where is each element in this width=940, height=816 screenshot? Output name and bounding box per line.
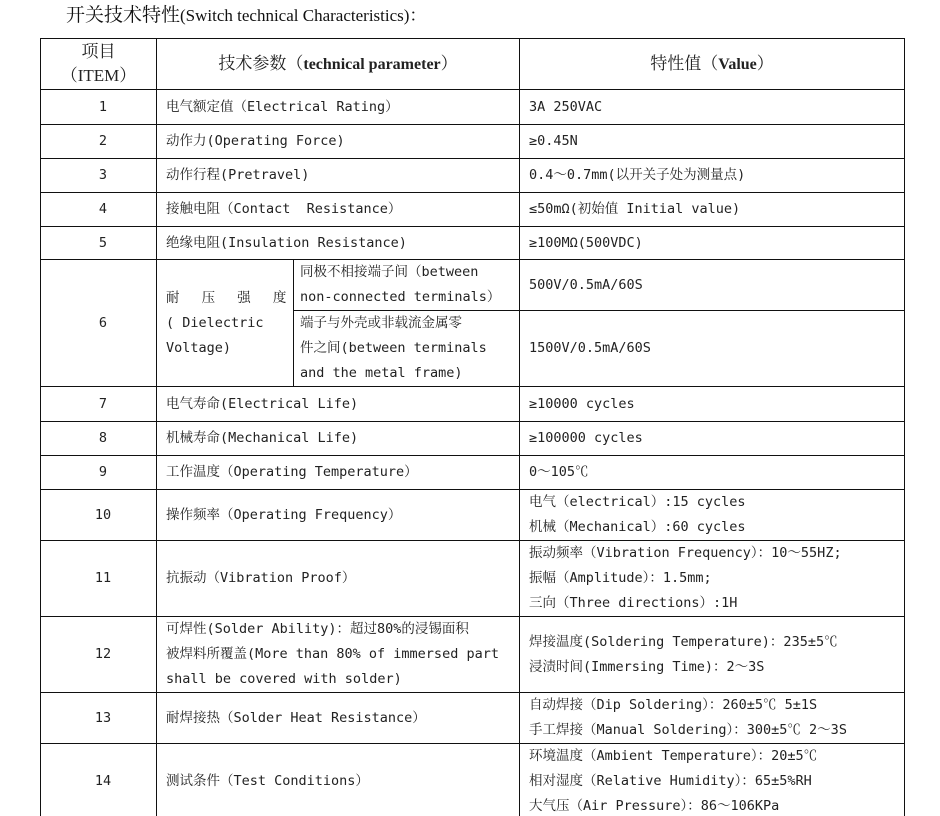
sub-parameter-cell: 同极不相接端子间（between non-connected terminals… (294, 260, 520, 311)
parameter-cell: 机械寿命(Mechanical Life) (157, 422, 520, 456)
title-en: (Switch technical Characteristics)： (180, 6, 426, 25)
value-cell: 振动频率（Vibration Frequency）：10～55HZ; 振幅（Am… (520, 541, 905, 617)
item-number: 4 (41, 193, 157, 227)
document-title: 开关技术特性(Switch technical Characteristics)… (66, 2, 426, 30)
parameter-cell: 接触电阻（Contact Resistance） (157, 193, 520, 227)
table-row: 8 机械寿命(Mechanical Life) ≥100000 cycles (41, 422, 905, 456)
header-item: 项目 （ITEM） (41, 39, 157, 90)
sub-parameter-cell: 端子与外壳或非载流金属零 件之间(between terminals and t… (294, 311, 520, 387)
value-cell: ≥100MΩ(500VDC) (520, 227, 905, 260)
parameter-cell: 动作行程(Pretravel) (157, 159, 520, 193)
table-row: 14 测试条件（Test Conditions） 环境温度（Ambient Te… (41, 744, 905, 816)
item-number: 11 (41, 541, 157, 617)
title-zh: 开关技术特性 (66, 5, 180, 26)
value-cell: 1500V/0.5mA/60S (520, 311, 905, 387)
value-cell: 焊接温度(Soldering Temperature)：235±5℃ 浸渍时间(… (520, 617, 905, 693)
parameter-cell: 耐 压 强 度 ( Dielectric Voltage) (157, 260, 294, 387)
value-cell: ≥10000 cycles (520, 387, 905, 422)
table-row: 5 绝缘电阻(Insulation Resistance) ≥100MΩ(500… (41, 227, 905, 260)
parameter-cell: 耐焊接热（Solder Heat Resistance） (157, 693, 520, 744)
parameter-cell: 抗振动（Vibration Proof） (157, 541, 520, 617)
header-parameter: 技术参数（technical parameter） (157, 39, 520, 90)
item-number: 3 (41, 159, 157, 193)
item-number: 13 (41, 693, 157, 744)
parameter-cell: 可焊性(Solder Ability)：超过80%的浸锡面积 被焊料所覆盖(Mo… (157, 617, 520, 693)
item-number: 5 (41, 227, 157, 260)
table-row: 12 可焊性(Solder Ability)：超过80%的浸锡面积 被焊料所覆盖… (41, 617, 905, 693)
parameter-cell: 测试条件（Test Conditions） (157, 744, 520, 816)
value-cell: 自动焊接（Dip Soldering）：260±5℃ 5±1S 手工焊接（Man… (520, 693, 905, 744)
value-cell: 500V/0.5mA/60S (520, 260, 905, 311)
value-cell: 环境温度（Ambient Temperature）：20±5℃ 相对湿度（Rel… (520, 744, 905, 816)
parameter-cell: 动作力(Operating Force) (157, 125, 520, 159)
table-row: 9 工作温度（Operating Temperature） 0～105℃ (41, 456, 905, 490)
header-value: 特性值（Value） (520, 39, 905, 90)
parameter-cell: 绝缘电阻(Insulation Resistance) (157, 227, 520, 260)
item-number: 8 (41, 422, 157, 456)
parameter-cell: 电气寿命(Electrical Life) (157, 387, 520, 422)
value-cell: 电气（electrical）:15 cycles 机械（Mechanical）:… (520, 490, 905, 541)
value-cell: 0～105℃ (520, 456, 905, 490)
item-number: 14 (41, 744, 157, 816)
item-number: 10 (41, 490, 157, 541)
table-row: 11 抗振动（Vibration Proof） 振动频率（Vibration F… (41, 541, 905, 617)
table-row: 1 电气额定值（Electrical Rating） 3A 250VAC (41, 90, 905, 125)
item-number: 12 (41, 617, 157, 693)
table-row: 6 耐 压 强 度 ( Dielectric Voltage) 同极不相接端子间… (41, 260, 905, 311)
value-cell: 3A 250VAC (520, 90, 905, 125)
table-row: 13 耐焊接热（Solder Heat Resistance） 自动焊接（Dip… (41, 693, 905, 744)
table-row: 4 接触电阻（Contact Resistance） ≤50mΩ(初始值 Ini… (41, 193, 905, 227)
parameter-cell: 操作频率（Operating Frequency） (157, 490, 520, 541)
parameter-cell: 电气额定值（Electrical Rating） (157, 90, 520, 125)
table-row: 3 动作行程(Pretravel) 0.4～0.7mm(以开关子处为测量点) (41, 159, 905, 193)
item-number: 6 (41, 260, 157, 387)
value-cell: ≥100000 cycles (520, 422, 905, 456)
parameter-cell: 工作温度（Operating Temperature） (157, 456, 520, 490)
item-number: 9 (41, 456, 157, 490)
table-row: 7 电气寿命(Electrical Life) ≥10000 cycles (41, 387, 905, 422)
value-cell: ≤50mΩ(初始值 Initial value) (520, 193, 905, 227)
technical-characteristics-table: 项目 （ITEM） 技术参数（technical parameter） 特性值（… (40, 38, 905, 816)
table-row: 10 操作频率（Operating Frequency） 电气（electric… (41, 490, 905, 541)
value-cell: 0.4～0.7mm(以开关子处为测量点) (520, 159, 905, 193)
header-row: 项目 （ITEM） 技术参数（technical parameter） 特性值（… (41, 39, 905, 90)
value-cell: ≥0.45N (520, 125, 905, 159)
item-number: 2 (41, 125, 157, 159)
item-number: 7 (41, 387, 157, 422)
table-row: 2 动作力(Operating Force) ≥0.45N (41, 125, 905, 159)
item-number: 1 (41, 90, 157, 125)
